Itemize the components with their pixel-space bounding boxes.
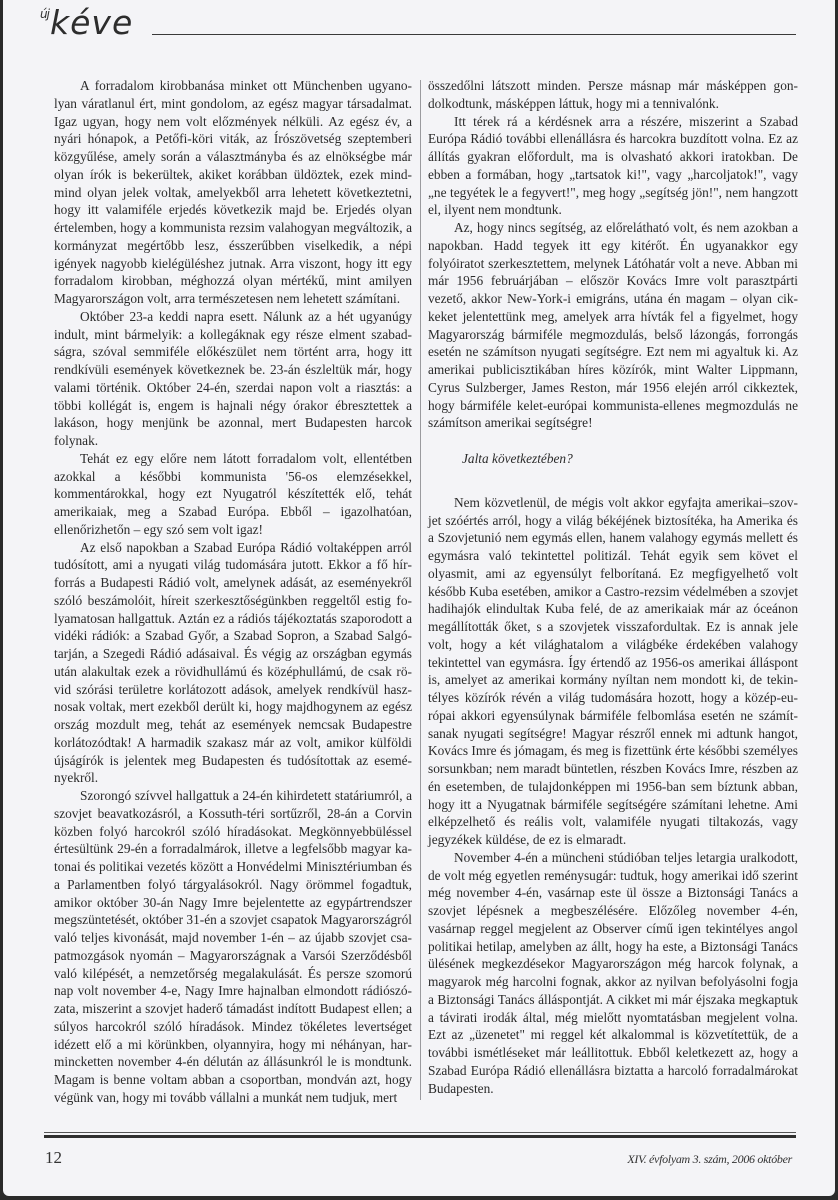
paragraph: Szorongó szívvel hallgattuk a 24-én kihi… [54,787,412,1107]
footer-rule-thick [44,1135,796,1138]
footer-rule-thin [44,1132,796,1133]
paragraph-continuation: összedőlni látszott minden. Persze másna… [428,77,798,113]
masthead: új kéve [0,0,838,50]
paragraph: Október 23-a keddi napra esett. Nálunk a… [54,308,412,450]
paragraph: Az első napokban a Szabad Európa Rádió v… [54,539,412,788]
paragraph: November 4-én a müncheni stúdióban telje… [428,849,798,1098]
masthead-prefix: új [40,7,49,21]
column-divider [420,80,421,1100]
issue-info: XIV. évfolyam 3. szám, 2006 október [627,1152,792,1167]
page-number: 12 [45,1148,62,1168]
masthead-title: kéve [50,6,133,39]
article-right-column: összedőlni látszott minden. Persze másna… [428,77,798,1097]
article-left-column: A forradalom kirobbanása minket ott Münc… [54,77,412,1107]
paragraph: A forradalom kirobbanása minket ott Münc… [54,77,412,308]
section-subheading: Jalta következtében? [428,450,798,468]
masthead-rule [152,34,796,35]
paragraph: Itt térek rá a kérdésnek arra a részére,… [428,113,798,220]
paragraph: Tehát ez egy előre nem látott forradalom… [54,450,412,539]
paragraph: Nem közvetlenül, de mégis volt akkor egy… [428,494,798,849]
paragraph: Az, hogy nincs segítség, az előrelátható… [428,219,798,432]
